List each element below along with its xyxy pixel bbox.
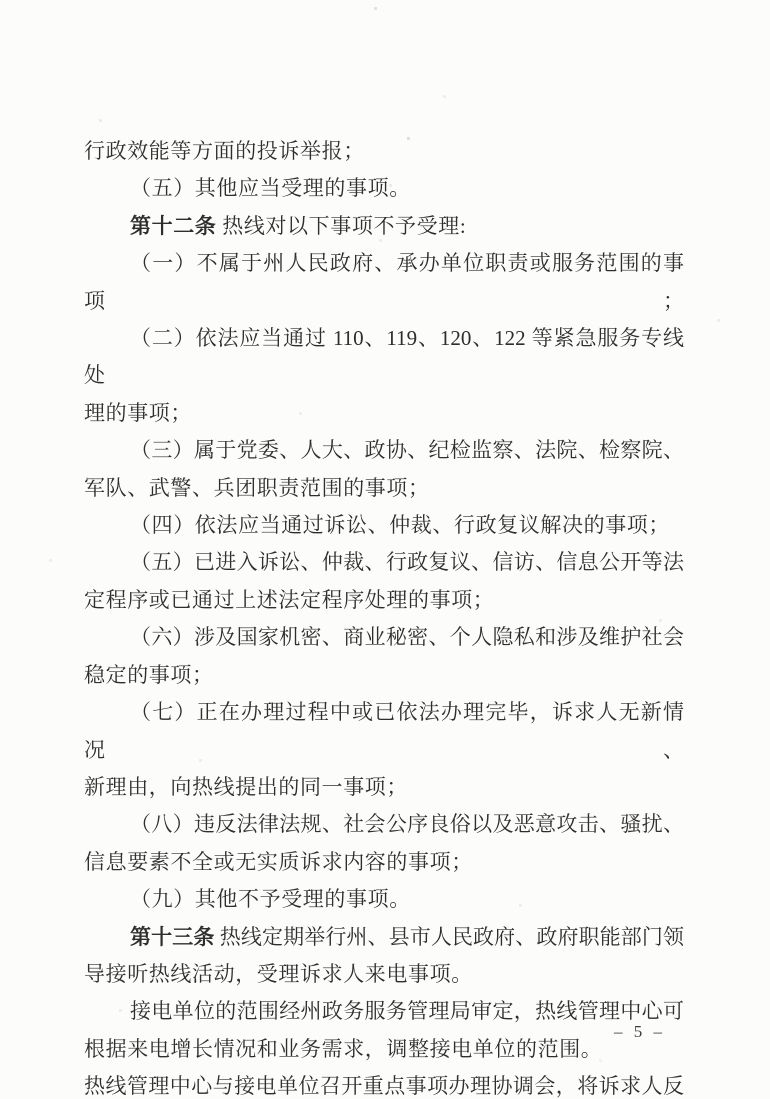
text-line: （五）其他应当受理的事项。 bbox=[84, 170, 684, 207]
text-line: 新理由，向热线提出的同一事项； bbox=[84, 769, 684, 806]
line-text: 热线对以下事项不予受理: bbox=[216, 214, 466, 238]
text-line: 根据来电增长情况和业务需求，调整接电单位的范围。 bbox=[84, 1031, 684, 1068]
line-text: （二）依法应当通过 110、119、120、122 等紧急服务专线处 bbox=[84, 326, 684, 387]
text-line: 稳定的事项； bbox=[84, 657, 684, 694]
line-text: （七）正在办理过程中或已依法办理完毕，诉求人无新情况、 bbox=[84, 700, 684, 761]
page-number: – 5 – bbox=[614, 1022, 664, 1042]
line-text: 理的事项； bbox=[84, 401, 192, 425]
text-line: （五）已进入诉讼、仲裁、行政复议、信访、信息公开等法 bbox=[84, 544, 684, 581]
line-text: （六）涉及国家机密、商业秘密、个人隐私和涉及维护社会 bbox=[130, 625, 684, 649]
line-text: 热线管理中心与接电单位召开重点事项办理协调会，将诉求人反 bbox=[84, 1074, 684, 1098]
text-line: （一）不属于州人民政府、承办单位职责或服务范围的事项； bbox=[84, 245, 684, 320]
line-text: 接电单位的范围经州政务服务管理局审定，热线管理中心可 bbox=[130, 999, 684, 1023]
text-line: 接电单位的范围经州政务服务管理局审定，热线管理中心可 bbox=[84, 993, 684, 1030]
text-line: （九）其他不予受理的事项。 bbox=[84, 881, 684, 918]
text-line: （七）正在办理过程中或已依法办理完毕，诉求人无新情况、 bbox=[84, 694, 684, 769]
line-text: （八）违反法律法规、社会公序良俗以及恶意攻击、骚扰、 bbox=[130, 812, 684, 836]
text-line: 导接听热线活动，受理诉求人来电事项。 bbox=[84, 956, 684, 993]
text-line: 定程序或已通过上述法定程序处理的事项； bbox=[84, 582, 684, 619]
text-line: 行政效能等方面的投诉举报； bbox=[84, 133, 684, 170]
text-line: 第十二条 热线对以下事项不予受理: bbox=[84, 208, 684, 245]
text-line: （四）依法应当通过诉讼、仲裁、行政复议解决的事项； bbox=[84, 507, 684, 544]
line-text: 导接听热线活动，受理诉求人来电事项。 bbox=[84, 962, 473, 986]
line-text: （三）属于党委、人大、政协、纪检监察、法院、检察院、 bbox=[130, 438, 684, 462]
line-text: 热线定期举行州、县市人民政府、政府职能部门领 bbox=[214, 925, 684, 949]
document-body: 行政效能等方面的投诉举报； （五）其他应当受理的事项。 第十二条 热线对以下事项… bbox=[84, 133, 684, 1099]
text-line: 第十三条 热线定期举行州、县市人民政府、政府职能部门领 bbox=[84, 919, 684, 956]
text-line: （六）涉及国家机密、商业秘密、个人隐私和涉及维护社会 bbox=[84, 619, 684, 656]
line-text: 定程序或已通过上述法定程序处理的事项； bbox=[84, 588, 494, 612]
line-text: （一）不属于州人民政府、承办单位职责或服务范围的事项； bbox=[84, 251, 684, 312]
line-text: 稳定的事项； bbox=[84, 663, 214, 687]
line-text: （五）已进入诉讼、仲裁、行政复议、信访、信息公开等法 bbox=[130, 550, 684, 574]
text-line: （二）依法应当通过 110、119、120、122 等紧急服务专线处 bbox=[84, 320, 684, 395]
line-text: （四）依法应当通过诉讼、仲裁、行政复议解决的事项； bbox=[130, 513, 670, 537]
article-number: 第十二条 bbox=[130, 214, 216, 238]
text-line: （三）属于党委、人大、政协、纪检监察、法院、检察院、 bbox=[84, 432, 684, 469]
line-text: 信息要素不全或无实质诉求内容的事项； bbox=[84, 850, 473, 874]
line-text: 行政效能等方面的投诉举报； bbox=[84, 139, 365, 163]
scan-noise bbox=[0, 0, 1, 1]
text-line: 热线管理中心与接电单位召开重点事项办理协调会，将诉求人反 bbox=[84, 1068, 684, 1099]
line-text: （九）其他不予受理的事项。 bbox=[130, 887, 411, 911]
text-line: 理的事项； bbox=[84, 395, 684, 432]
line-text: （五）其他应当受理的事项。 bbox=[130, 176, 411, 200]
text-line: 军队、武警、兵团职责范围的事项； bbox=[84, 470, 684, 507]
text-line: 信息要素不全或无实质诉求内容的事项； bbox=[84, 844, 684, 881]
text-line: （八）违反法律法规、社会公序良俗以及恶意攻击、骚扰、 bbox=[84, 806, 684, 843]
article-number: 第十三条 bbox=[130, 925, 214, 949]
line-text: 新理由，向热线提出的同一事项； bbox=[84, 775, 408, 799]
line-text: 军队、武警、兵团职责范围的事项； bbox=[84, 476, 430, 500]
line-text: 根据来电增长情况和业务需求，调整接电单位的范围。 bbox=[84, 1037, 602, 1061]
